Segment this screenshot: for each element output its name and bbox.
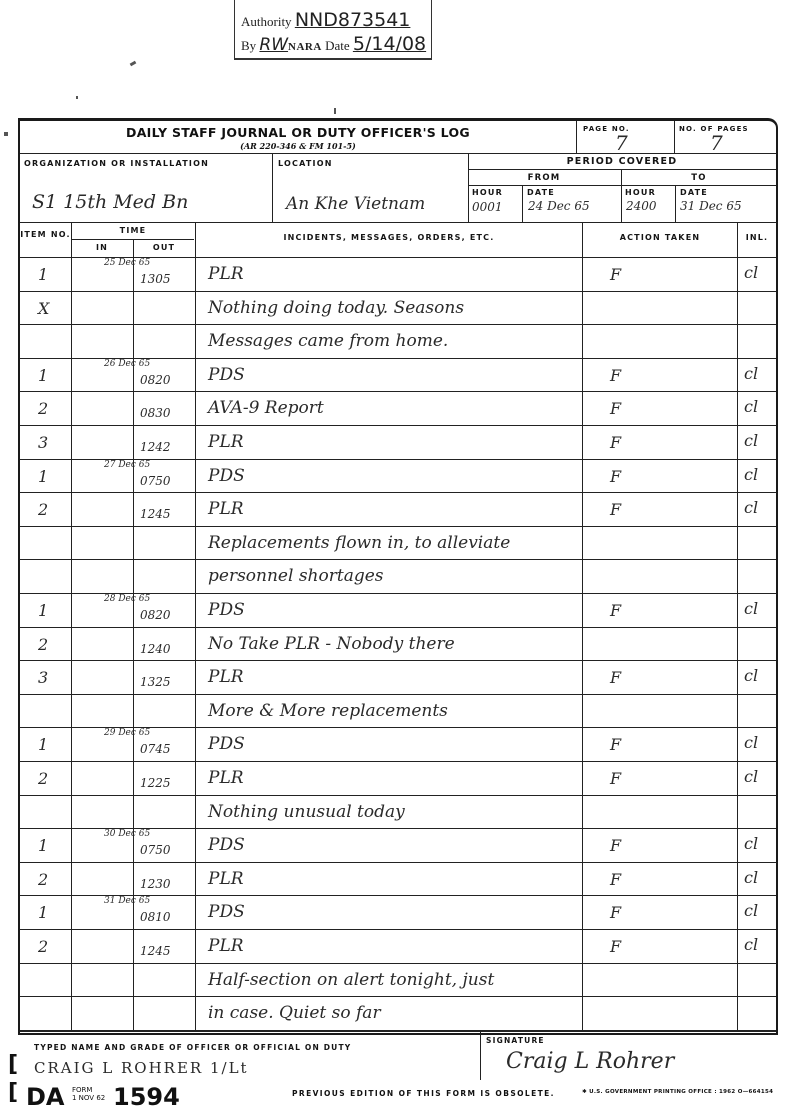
initials: cl	[744, 498, 758, 517]
time-header: TIME	[72, 226, 194, 235]
no-of-pages-value: 7	[710, 131, 723, 155]
initials: cl	[744, 397, 758, 416]
row-divider	[20, 862, 776, 863]
incident-entry: PLR	[208, 499, 244, 519]
row-divider	[20, 627, 776, 628]
incident-entry: PDS	[208, 600, 245, 620]
from-date-label: DATE	[527, 188, 555, 197]
divider	[674, 121, 675, 153]
divider	[480, 1030, 481, 1080]
action-taken: F	[610, 265, 621, 284]
entry-date: 27 Dec 65	[104, 460, 150, 470]
action-taken: F	[610, 366, 621, 385]
scan-speck	[334, 108, 336, 114]
item-number: 2	[38, 937, 48, 956]
divider	[675, 185, 676, 222]
from-hour-label: HOUR	[472, 188, 503, 197]
margin-bracket: [	[8, 1052, 18, 1077]
by-label: By	[241, 38, 256, 53]
organization-label: ORGANIZATION OR INSTALLATION	[24, 159, 209, 168]
item-number: 1	[38, 836, 48, 855]
incident-entry: PDS	[208, 466, 245, 486]
from-date-value: 24 Dec 65	[528, 199, 590, 213]
item-number: 1	[38, 366, 48, 385]
scan-speck	[76, 96, 78, 99]
time-out: 0745	[140, 742, 171, 756]
by-line: By RWNARA Date 5/14/08	[241, 33, 426, 55]
authority-line: Authority NND873541	[241, 9, 410, 31]
initials: cl	[744, 364, 758, 383]
to-date-value: 31 Dec 65	[680, 199, 742, 213]
form-edition: FORM 1 NOV 62	[72, 1086, 105, 1102]
row-divider	[20, 291, 776, 292]
divider	[576, 121, 577, 153]
incident-entry: PDS	[208, 835, 245, 855]
time-out: 1245	[140, 944, 171, 958]
entry-date: 30 Dec 65	[104, 829, 150, 839]
divider	[20, 1030, 776, 1032]
action-taken: F	[610, 467, 621, 486]
incident-entry: Nothing unusual today	[208, 802, 405, 822]
incident-entry: PLR	[208, 432, 244, 452]
divider	[468, 185, 776, 186]
initials: cl	[744, 834, 758, 853]
incident-entry: personnel shortages	[208, 566, 384, 586]
incident-entry: AVA-9 Report	[208, 398, 324, 418]
row-divider	[20, 694, 776, 695]
row-divider	[20, 526, 776, 527]
period-covered-label: PERIOD COVERED	[468, 156, 776, 167]
item-number: 2	[38, 635, 48, 654]
incidents-header: INCIDENTS, MESSAGES, ORDERS, ETC.	[196, 233, 582, 242]
item-number: 1	[38, 903, 48, 922]
action-taken: F	[610, 399, 621, 418]
initials: cl	[744, 263, 758, 282]
item-no-header: ITEM NO.	[20, 229, 71, 240]
inl-header: INL.	[738, 233, 776, 242]
agency-label: NARA	[288, 41, 322, 53]
margin-bracket: [	[8, 1080, 18, 1105]
time-out: 1305	[140, 272, 171, 286]
entry-date: 26 Dec 65	[104, 359, 150, 369]
date-label: Date	[325, 38, 350, 53]
incident-entry: PDS	[208, 365, 245, 385]
action-taken: F	[610, 769, 621, 788]
from-hour-value: 0001	[472, 200, 503, 214]
item-number: 2	[38, 500, 48, 519]
time-out: 1245	[140, 507, 171, 521]
action-taken: F	[610, 836, 621, 855]
printer-notice: ✱ U.S. GOVERNMENT PRINTING OFFICE : 1962…	[582, 1089, 773, 1095]
time-in-header: IN	[72, 243, 132, 252]
scan-speck	[4, 132, 8, 136]
to-hour-label: HOUR	[625, 188, 656, 197]
divider	[468, 169, 776, 170]
to-label: TO	[622, 173, 776, 183]
row-divider	[20, 929, 776, 930]
initials: cl	[744, 868, 758, 887]
action-taken: F	[610, 668, 621, 687]
incident-entry: PLR	[208, 936, 244, 956]
row-divider	[20, 324, 776, 325]
row-divider	[20, 559, 776, 560]
time-out: 1242	[140, 440, 171, 454]
incident-entry: PLR	[208, 869, 244, 889]
action-taken-header: ACTION TAKEN	[583, 233, 737, 242]
row-divider	[20, 391, 776, 392]
item-number: 2	[38, 399, 48, 418]
time-out-header: OUT	[134, 243, 194, 252]
initials: cl	[744, 733, 758, 752]
incident-entry: No Take PLR - Nobody there	[208, 634, 455, 654]
item-number: 2	[38, 769, 48, 788]
from-label: FROM	[468, 173, 620, 183]
divider	[20, 222, 776, 223]
row-divider	[20, 795, 776, 796]
row-divider	[20, 996, 776, 997]
organization-value: S1 15th Med Bn	[32, 191, 188, 213]
authority-label: Authority	[241, 14, 292, 29]
row-divider	[20, 761, 776, 762]
action-taken: F	[610, 433, 621, 452]
item-number: 1	[38, 467, 48, 486]
time-out: 0820	[140, 373, 171, 387]
date-value: 5/14/08	[353, 33, 426, 55]
incident-entry: More & More replacements	[208, 701, 448, 721]
entry-date: 25 Dec 65	[104, 258, 150, 268]
action-taken: F	[610, 870, 621, 889]
time-out: 1240	[140, 642, 171, 656]
time-out: 1325	[140, 675, 171, 689]
row-divider	[20, 492, 776, 493]
incident-entry: Replacements flown in, to alleviate	[208, 533, 510, 553]
entry-date: 28 Dec 65	[104, 594, 150, 604]
incident-entry: Half-section on alert tonight, just	[208, 970, 494, 990]
initials: cl	[744, 666, 758, 685]
item-number: 1	[38, 735, 48, 754]
authority-stamp: Authority NND873541 By RWNARA Date 5/14/…	[234, 0, 432, 60]
row-divider	[20, 660, 776, 661]
incident-entry: PLR	[208, 768, 244, 788]
row-divider	[20, 425, 776, 426]
item-number: 1	[38, 265, 48, 284]
item-number: 3	[38, 433, 48, 452]
incident-entry: PLR	[208, 667, 244, 687]
form-prefix: DA	[26, 1083, 65, 1111]
location-label: LOCATION	[278, 159, 333, 168]
incident-entry: PDS	[208, 734, 245, 754]
time-out: 0820	[140, 608, 171, 622]
initials: cl	[744, 935, 758, 954]
item-number: X	[38, 299, 49, 318]
time-out: 0830	[140, 406, 171, 420]
action-taken: F	[610, 735, 621, 754]
officer-name-value: CRAIG L ROHRER 1/Lt	[34, 1059, 249, 1077]
form-word: FORM	[72, 1086, 105, 1094]
time-out: 1225	[140, 776, 171, 790]
action-taken: F	[610, 500, 621, 519]
initials: cl	[744, 431, 758, 450]
form-title: DAILY STAFF JOURNAL OR DUTY OFFICER'S LO…	[20, 125, 576, 140]
page-no-value: 7	[615, 131, 628, 155]
officer-name-label: TYPED NAME AND GRADE OF OFFICER OR OFFIC…	[34, 1043, 351, 1052]
item-number: 3	[38, 668, 48, 687]
time-out: 1230	[140, 877, 171, 891]
signature-label: SIGNATURE	[486, 1036, 545, 1045]
item-number: 2	[38, 870, 48, 889]
time-out: 0810	[140, 910, 171, 924]
scan-speck	[130, 61, 137, 67]
incident-entry: Nothing doing today. Seasons	[208, 298, 464, 318]
form-number: 1594	[113, 1083, 180, 1111]
initials: cl	[744, 767, 758, 786]
incident-entry: Messages came from home.	[208, 331, 448, 351]
divider	[272, 153, 273, 222]
time-out: 0750	[140, 474, 171, 488]
location-value: An Khe Vietnam	[286, 194, 425, 214]
row-divider	[20, 963, 776, 964]
item-number: 1	[38, 601, 48, 620]
duty-officer-log-form: DAILY STAFF JOURNAL OR DUTY OFFICER'S LO…	[18, 118, 778, 1035]
to-hour-value: 2400	[626, 199, 657, 213]
incident-entry: in case. Quiet so far	[208, 1003, 381, 1023]
initials: cl	[744, 901, 758, 920]
divider	[522, 185, 523, 222]
signature-value: Craig L Rohrer	[506, 1049, 674, 1074]
action-taken: F	[610, 937, 621, 956]
form-edition-date: 1 NOV 62	[72, 1094, 105, 1102]
divider	[20, 153, 776, 154]
authority-value: NND873541	[295, 9, 411, 31]
action-taken: F	[610, 601, 621, 620]
action-taken: F	[610, 903, 621, 922]
entry-date: 31 Dec 65	[104, 896, 150, 906]
entry-date: 29 Dec 65	[104, 728, 150, 738]
initials: cl	[744, 599, 758, 618]
form-subtitle: (AR 220-346 & FM 101-5)	[20, 141, 576, 151]
initials: cl	[744, 465, 758, 484]
incident-entry: PLR	[208, 264, 244, 284]
time-out: 0750	[140, 843, 171, 857]
by-initials: RW	[259, 35, 288, 55]
incident-entry: PDS	[208, 902, 245, 922]
obsolete-notice: PREVIOUS EDITION OF THIS FORM IS OBSOLET…	[292, 1089, 555, 1098]
to-date-label: DATE	[680, 188, 708, 197]
divider	[621, 169, 622, 222]
